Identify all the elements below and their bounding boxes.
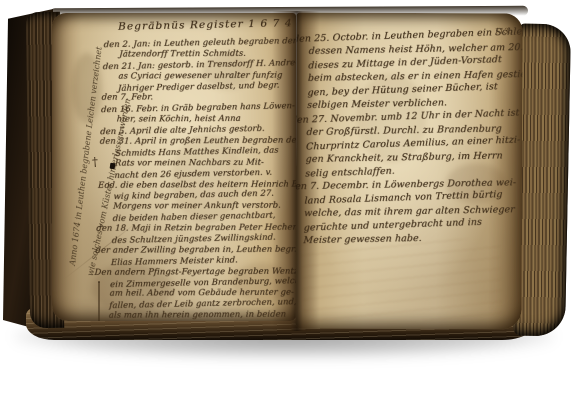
manuscript-line-text: hier, sein Köchin, heist Anna [116,113,240,124]
manuscript-line-text: Elias Hammers Meister kind. [111,254,238,267]
manuscript-line-text: selig entschlaffen. [305,166,395,180]
left-page-text-block: den 2. Jan: in Leuthen geleuth begraben … [108,36,296,321]
manuscript-line-text: as Cyriaci gewesener uhralter funfzig [118,69,283,80]
manuscript-line-text: Jätzendorff Trettin Schmidts. [119,48,246,59]
ink-showthrough [300,238,502,324]
manuscript-line-text: selbigen Meister verblichen. [307,97,447,111]
right-page-text-block: den 25. Octobr. in Leuthen begraben ein … [303,27,519,248]
left-page: Begräbnüs Register 1 6 7 4 den 2. Jan: i… [52,13,296,321]
cross-mark: † [92,155,99,169]
open-manuscript-book-photo: Begräbnüs Register 1 6 7 4 den 2. Jan: i… [0,0,580,397]
register-title: Begräbnüs Register 1 6 7 4 [118,17,293,33]
margin-bracket-line [98,281,100,321]
ink-blot [110,163,116,170]
right-page: 113. den 25. Octobr. in Leuthen begraben… [295,13,522,330]
manuscript-line-text: Rats vor meinen Nachbars zu Mit- [115,156,265,167]
